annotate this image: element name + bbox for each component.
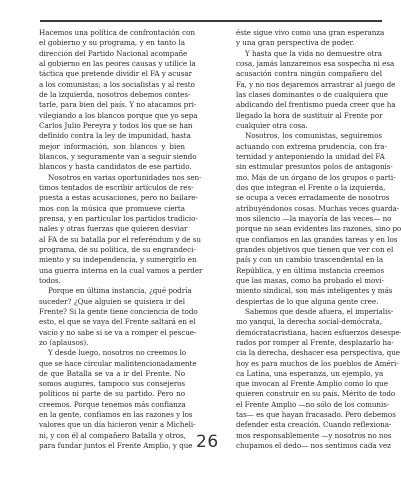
text-line: miento y su independencia, y sumergirlo … [39, 255, 185, 265]
text-line: una guerra interna en la cual vamos a pe… [39, 266, 185, 276]
text-line: Carlos Julio Pereyra y todos los que se … [39, 121, 185, 131]
text-line: el Frente Amplio —no sólo de los comunis… [236, 400, 382, 410]
text-line: de la izquierda, nosotros debemos contes… [39, 90, 185, 100]
text-line: Y desde luego, nosotros no creemos lo [39, 348, 185, 358]
text-line: rados por romper al Frente, desplazarlo … [236, 338, 382, 348]
text-line: tarle, para bien del país. Y no atacamos… [39, 100, 185, 110]
text-line: abdicando del frentismo pueda creer que … [236, 100, 382, 110]
right-column: éste sigue vivo como una gran esperanza … [236, 28, 382, 451]
text-line: al gobierno en las peores causas y utili… [39, 59, 185, 69]
text-line: timos tentados de escribir artículos de … [39, 183, 185, 193]
text-line: demócratacristiana, hacen esfuerzos dese… [236, 328, 382, 338]
text-line: que invocan al Frente Amplio como lo que [236, 379, 382, 389]
text-line: ni, y con él al compañero Batalla y otro… [39, 431, 185, 441]
text-line: Nosotros en varias oportunidades nos sen… [39, 173, 185, 183]
text-line: mejor información, son blancos y bien [39, 142, 185, 152]
text-line: de que Batalla se va a ir del Frente. No [39, 369, 185, 379]
text-line: atribuyéndonos cosas. Muchas veces guard… [236, 204, 382, 214]
text-line: nales y otras fuerzas que quieren desvia… [39, 224, 185, 234]
text-line: esto, el que se vaya del Frente saltará … [39, 317, 185, 327]
text-line: políticos ni parte de su partido. Pero n… [39, 389, 185, 399]
text-line: el gobierno y su programa, y en tanto la [39, 38, 185, 48]
text-line: Nosotros, los comunistas, seguiremos [236, 131, 382, 141]
page-number: 26 [196, 432, 219, 452]
text-line: actuando con extrema prudencia, con fra- [236, 142, 382, 152]
text-line: que se hace circular malintencionadament… [39, 359, 185, 369]
text-line: cosa, jamás lanzaremos esa sospecha ni e… [236, 59, 382, 69]
text-line: al FA de su batalla por el referéndum y … [39, 235, 185, 245]
text-line: miento sindical, son más inteligentes y … [236, 286, 382, 296]
text-line: vilegiando a los blancos porque que yo s… [39, 111, 185, 121]
text-line: táctica que pretende dividir el FA y acu… [39, 69, 185, 79]
text-line: que las masas, como ha probado el movi- [236, 276, 382, 286]
text-line: y una gran perspectiva de poder. [236, 38, 382, 48]
text-line: chupamos el dedo— nos sentimos cada vez [236, 441, 382, 451]
left-column: Hacemos una política de confrontación co… [39, 28, 185, 451]
text-line: se ocupa a veces erradamente de nosotros [236, 193, 382, 203]
text-line: programa, de su política, de su engrande… [39, 245, 185, 255]
text-line: puesta a estas acusaciones, pero no bail… [39, 193, 185, 203]
text-line: valores que un día hicieron venir a Mich… [39, 420, 185, 430]
text-line: dos que integran el Frente o la izquierd… [236, 183, 382, 193]
text-line: Hacemos una política de confrontación co… [39, 28, 185, 38]
text-line: vacío y no sabe si se va a romper el pes… [39, 328, 185, 338]
text-line: las clases dominantes o de cualquiera qu… [236, 90, 382, 100]
text-line: para fundar juntos el Frente Amplio, y q… [39, 441, 185, 451]
text-line: mos con la música que promueve cierta [39, 204, 185, 214]
text-line: llegado la hora de sustituir al Frente p… [236, 111, 382, 121]
text-line: sin estimular presuntos polos de antagon… [236, 162, 382, 172]
header-rule [40, 20, 382, 22]
text-line: acusación contra ningún compañero del [236, 69, 382, 79]
text-line: Fa, y no nos dejaremos arrastrar al jueg… [236, 80, 382, 90]
text-line: zo (aplausos). [39, 338, 185, 348]
text-line: dirección del Partido Nacional acompañe [39, 49, 185, 59]
text-line: que confiamos en las grandes tareas y en… [236, 235, 382, 245]
text-line: República, y en última instancia creemos [236, 266, 382, 276]
text-line: país y con un cambio trascendental en la [236, 255, 382, 265]
text-line: prensa, y en particular los partidos tra… [39, 214, 185, 224]
text-line: blancos y hasta candidatos de ese partid… [39, 162, 185, 172]
text-line: todos. [39, 276, 185, 286]
text-line: blancos, y seguramente van a seguir sien… [39, 152, 185, 162]
text-line: a los comunistas; a los socialistas y al… [39, 80, 185, 90]
text-line: porque no sean evidentes las razones, si… [236, 224, 382, 234]
text-line: tas— es que hayan fracasado. Pero debemo… [236, 410, 382, 420]
text-line: cia la derecha, deshacer esa perspectiva… [236, 348, 382, 358]
text-line: suceder? ¿Que alguien se quisiera ir del [39, 297, 185, 307]
text-line: en la gente, confiamos en las razones y … [39, 410, 185, 420]
text-line: mos responsablemente —y nosotros no nos [236, 431, 382, 441]
text-line: Sabemos que desde afuera, el imperialis- [236, 307, 382, 317]
text-line: hoy es para muchos de los pueblos de Amé… [236, 359, 382, 369]
text-line: definido contra la ley de impunidad, has… [39, 131, 185, 141]
text-line: grandes objetivos que tienen que ver con… [236, 245, 382, 255]
text-line: cualquier otra cosa. [236, 121, 382, 131]
text-line: Y hasta que la vida no demuestre otra [236, 49, 382, 59]
text-line: defender esta creación. Cuando reflexion… [236, 420, 382, 430]
text-line: despiertas de lo que alguna gente cree. [236, 297, 382, 307]
text-line: mos silencio —la mayoría de las veces— n… [236, 214, 382, 224]
text-line: mo. Más de un órgano de los grupos o par… [236, 173, 382, 183]
text-line: éste sigue vivo como una gran esperanza [236, 28, 382, 38]
text-line: Porque en última instancia, ¿qué podría [39, 286, 185, 296]
text-line: mo yanqui, la derecha social-demócrata, [236, 317, 382, 327]
text-line: creemos. Porque tenemos más confianza [39, 400, 185, 410]
text-line: ca Latina, una esperanza, un ejemplo, ya [236, 369, 382, 379]
text-line: somos augures, tampoco sus consejeros [39, 379, 185, 389]
text-line: Frente? Si la gente tiene conciencia de … [39, 307, 185, 317]
text-line: ternidad y anteponiendo la unidad del FA [236, 152, 382, 162]
text-line: quieren construir en su país. Mérito de … [236, 389, 382, 399]
